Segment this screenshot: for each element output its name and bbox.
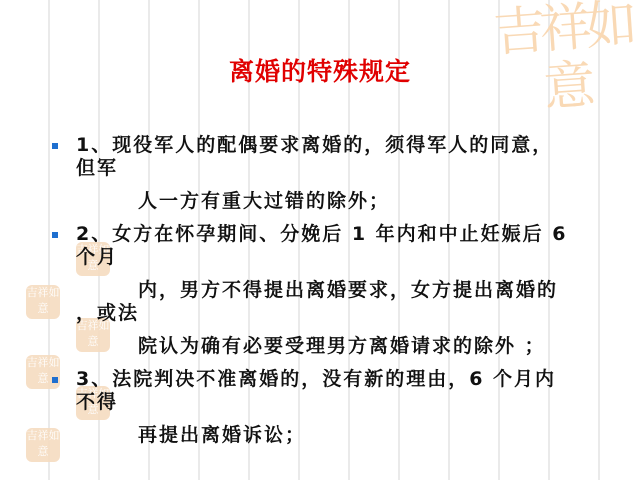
list-item-1: 1、现役军人的配偶要求离婚的，须得军人的同意， 但军 人一方有重大过错的除外； xyxy=(52,134,612,213)
item-text: ，或法 xyxy=(76,302,612,325)
item-text: 个月 xyxy=(76,246,612,269)
slide-title: 离婚的特殊规定 xyxy=(0,52,640,88)
item-text: 3、法院判决不准离婚的，没有新的理由，6 个月内 xyxy=(76,368,612,391)
slide-content: 1、现役军人的配偶要求离婚的，须得军人的同意， 但军 人一方有重大过错的除外； … xyxy=(52,134,612,457)
list-item-3: 3、法院判决不准离婚的，没有新的理由，6 个月内 不得 再提出离婚诉讼； xyxy=(52,368,612,447)
bullet-icon xyxy=(52,232,58,238)
item-text-indented: 再提出离婚诉讼； xyxy=(76,424,612,447)
item-text: 不得 xyxy=(76,391,612,414)
item-text-indented: 内，男方不得提出离婚要求，女方提出离婚的 xyxy=(76,279,612,302)
list-item-2: 2、女方在怀孕期间、分娩后 1 年内和中止妊娠后 6 个月 内，男方不得提出离婚… xyxy=(52,223,612,358)
bullet-icon xyxy=(52,143,58,149)
bullet-icon xyxy=(52,377,58,383)
item-text-indented: 院认为确有必要受理男方离婚请求的除外 ； xyxy=(76,335,612,358)
item-text-indented: 人一方有重大过错的除外； xyxy=(76,190,612,213)
item-text: 但军 xyxy=(76,157,612,180)
item-text: 1、现役军人的配偶要求离婚的，须得军人的同意， xyxy=(76,134,612,157)
item-text: 2、女方在怀孕期间、分娩后 1 年内和中止妊娠后 6 xyxy=(76,223,612,246)
